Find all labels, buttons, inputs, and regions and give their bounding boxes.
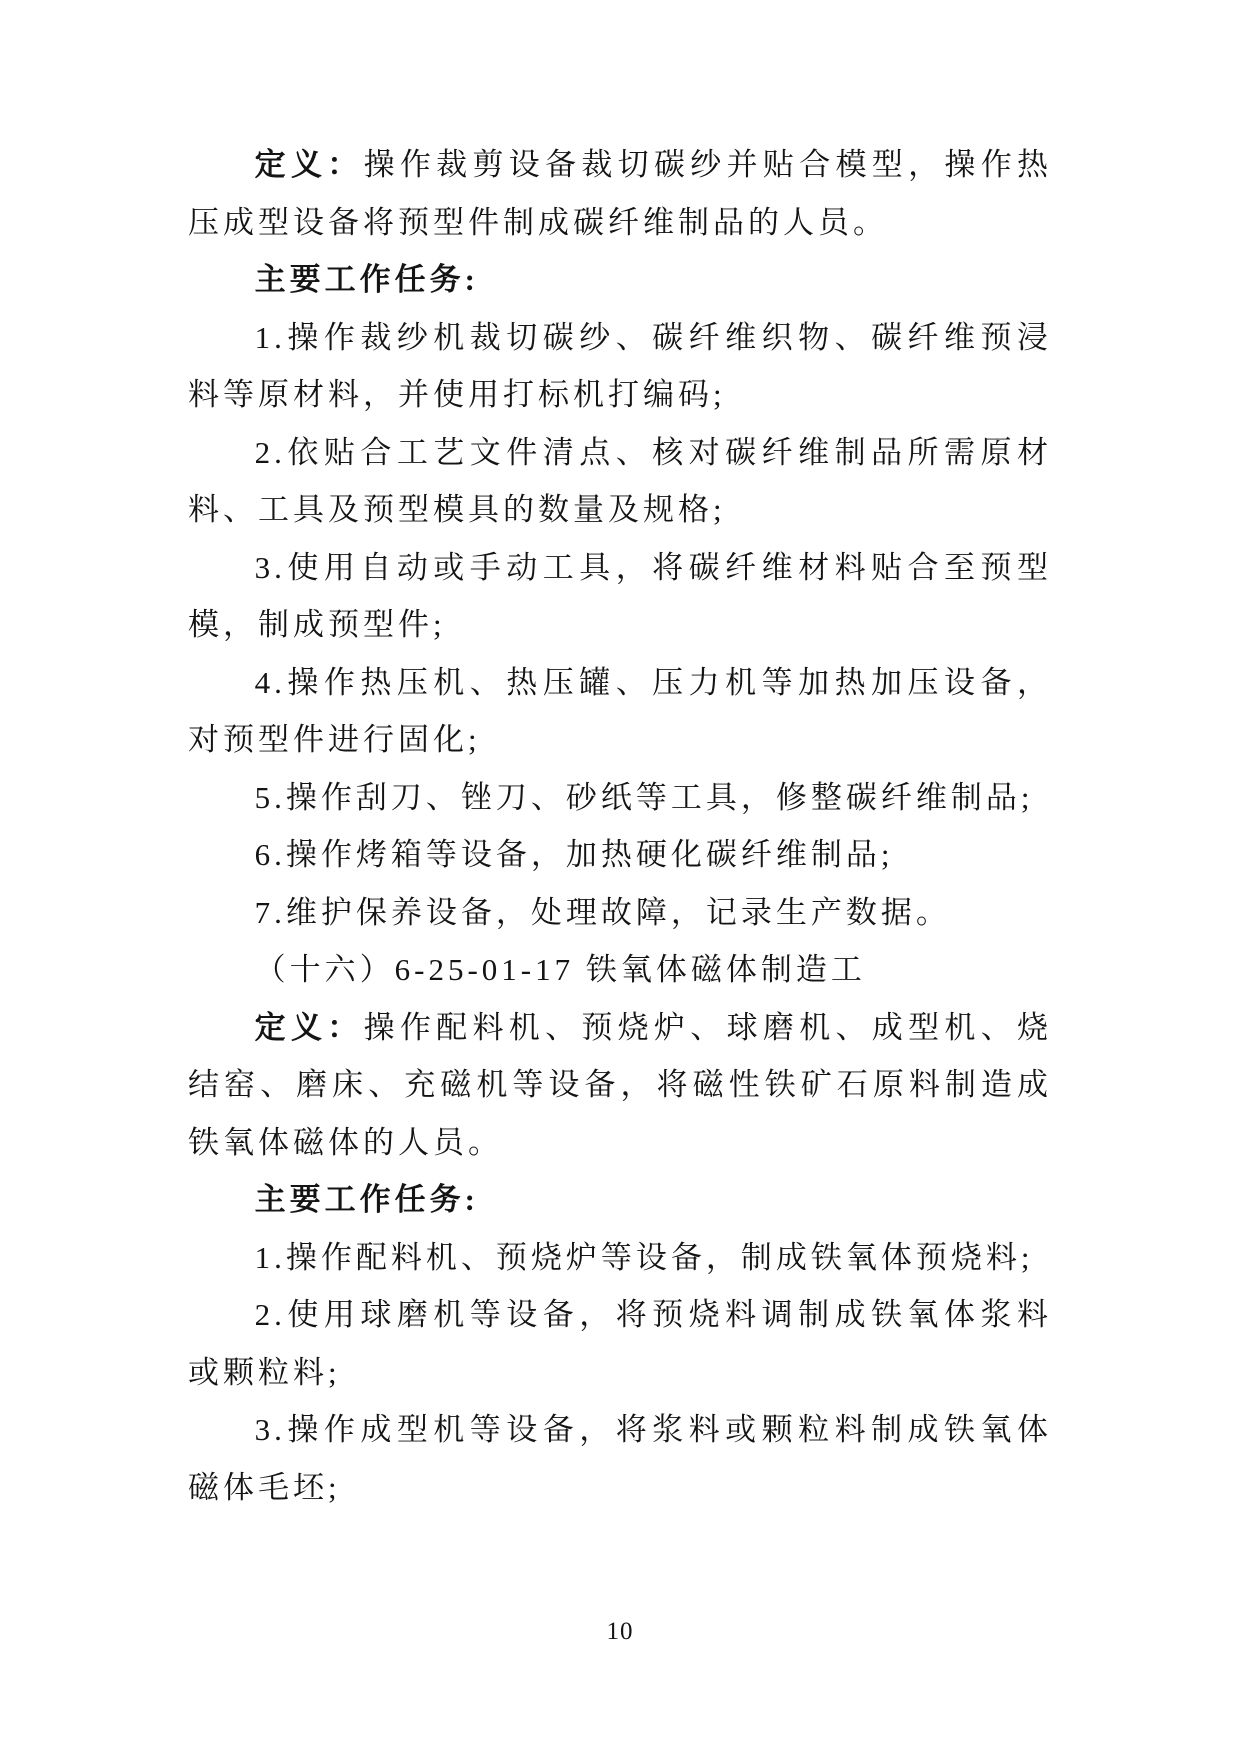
paragraph-text: 4.操作热压机、热压罐、压力机等加热加压设备，对预型件进行固化;: [188, 665, 1052, 758]
body-paragraph: 3.使用自动或手动工具，将碳纤维材料贴合至预型模，制成预型件;: [188, 539, 1052, 654]
body-paragraph: 4.操作热压机、热压罐、压力机等加热加压设备，对预型件进行固化;: [188, 654, 1052, 769]
paragraph-text: 5.操作刮刀、锉刀、砂纸等工具，修整碳纤维制品;: [255, 780, 1034, 815]
body-paragraph: 6.操作烤箱等设备，加热硬化碳纤维制品;: [188, 826, 1052, 884]
body-paragraph: 2.使用球磨机等设备，将预烧料调制成铁氧体浆料或颗粒料;: [188, 1286, 1052, 1401]
paragraph-text: 3.使用自动或手动工具，将碳纤维材料贴合至预型模，制成预型件;: [188, 550, 1052, 643]
body-paragraph: 定义：操作配料机、预烧炉、球磨机、成型机、烧结窑、磨床、充磁机等设备，将磁性铁矿…: [188, 999, 1052, 1172]
body-paragraph: 1.操作配料机、预烧炉等设备，制成铁氧体预烧料;: [188, 1229, 1052, 1287]
definition-label: 定义：: [255, 147, 364, 182]
paragraph-text: （十六）6-25-01-17 铁氧体磁体制造工: [255, 952, 866, 987]
body-paragraph: 7.维护保养设备，处理故障，记录生产数据。: [188, 884, 1052, 942]
paragraph-text: 2.依贴合工艺文件清点、核对碳纤维制品所需原材料、工具及预型模具的数量及规格;: [188, 435, 1052, 528]
body-paragraph: 1.操作裁纱机裁切碳纱、碳纤维织物、碳纤维预浸料等原材料，并使用打标机打编码;: [188, 309, 1052, 424]
tasks-heading: 主要工作任务:: [188, 1171, 1052, 1229]
paragraph-text: 7.维护保养设备，处理故障，记录生产数据。: [255, 895, 951, 930]
document-page: 定义：操作裁剪设备裁切碳纱并贴合模型，操作热压成型设备将预型件制成碳纤维制品的人…: [0, 0, 1240, 1753]
page-number: 10: [0, 1618, 1240, 1646]
body-paragraph: 定义：操作裁剪设备裁切碳纱并贴合模型，操作热压成型设备将预型件制成碳纤维制品的人…: [188, 136, 1052, 251]
definition-label: 定义：: [255, 1010, 364, 1045]
body-paragraph: 2.依贴合工艺文件清点、核对碳纤维制品所需原材料、工具及预型模具的数量及规格;: [188, 424, 1052, 539]
body-paragraph: 5.操作刮刀、锉刀、砂纸等工具，修整碳纤维制品;: [188, 769, 1052, 827]
document-body: 定义：操作裁剪设备裁切碳纱并贴合模型，操作热压成型设备将预型件制成碳纤维制品的人…: [188, 136, 1052, 1516]
paragraph-text: 3.操作成型机等设备，将浆料或颗粒料制成铁氧体磁体毛坯;: [188, 1412, 1052, 1505]
paragraph-text: 2.使用球磨机等设备，将预烧料调制成铁氧体浆料或颗粒料;: [188, 1297, 1052, 1390]
body-paragraph: 3.操作成型机等设备，将浆料或颗粒料制成铁氧体磁体毛坯;: [188, 1401, 1052, 1516]
paragraph-text: 1.操作配料机、预烧炉等设备，制成铁氧体预烧料;: [255, 1240, 1034, 1275]
paragraph-text: 主要工作任务:: [255, 262, 479, 297]
paragraph-text: 1.操作裁纱机裁切碳纱、碳纤维织物、碳纤维预浸料等原材料，并使用打标机打编码;: [188, 320, 1052, 413]
paragraph-text: 主要工作任务:: [255, 1182, 479, 1217]
section-heading: （十六）6-25-01-17 铁氧体磁体制造工: [188, 941, 1052, 999]
paragraph-text: 6.操作烤箱等设备，加热硬化碳纤维制品;: [255, 837, 894, 872]
tasks-heading: 主要工作任务:: [188, 251, 1052, 309]
